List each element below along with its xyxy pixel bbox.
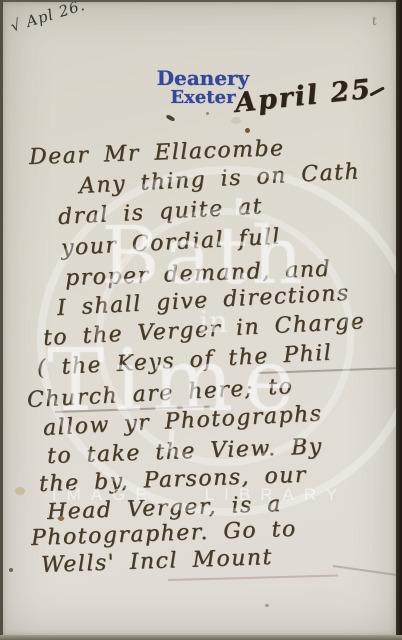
handwriting-line: your Cordial full: [60, 224, 281, 260]
letter-photo-scan: √ Apl 26. t Deanery Exeter April 25 Dear…: [0, 0, 402, 640]
corner-pencil-mark: t: [371, 14, 378, 29]
foxing-spot: [58, 516, 64, 521]
foxing-spot: [206, 112, 209, 115]
photo-edge-top: [0, 0, 402, 2]
ink-smudge: [231, 117, 241, 124]
foxing-spot: [166, 114, 176, 122]
foxing-spot: [245, 128, 250, 133]
foxing-spot: [15, 487, 25, 495]
pencil-scratch: [333, 565, 402, 577]
pencil-annotation: √ Apl 26.: [8, 0, 87, 36]
foxing-spot: [265, 604, 269, 607]
letter-paper: √ Apl 26. t Deanery Exeter April 25 Dear…: [3, 2, 396, 635]
photo-edge-left: [0, 0, 3, 640]
pencil-underline: [168, 575, 338, 581]
handwriting-line: dral is quite at: [57, 194, 263, 230]
photo-edge-right: [396, 0, 402, 640]
photo-edge-bottom: [0, 635, 402, 640]
foxing-spot: [9, 568, 13, 572]
handwriting-line: Wells' Incl Mount: [41, 545, 274, 578]
